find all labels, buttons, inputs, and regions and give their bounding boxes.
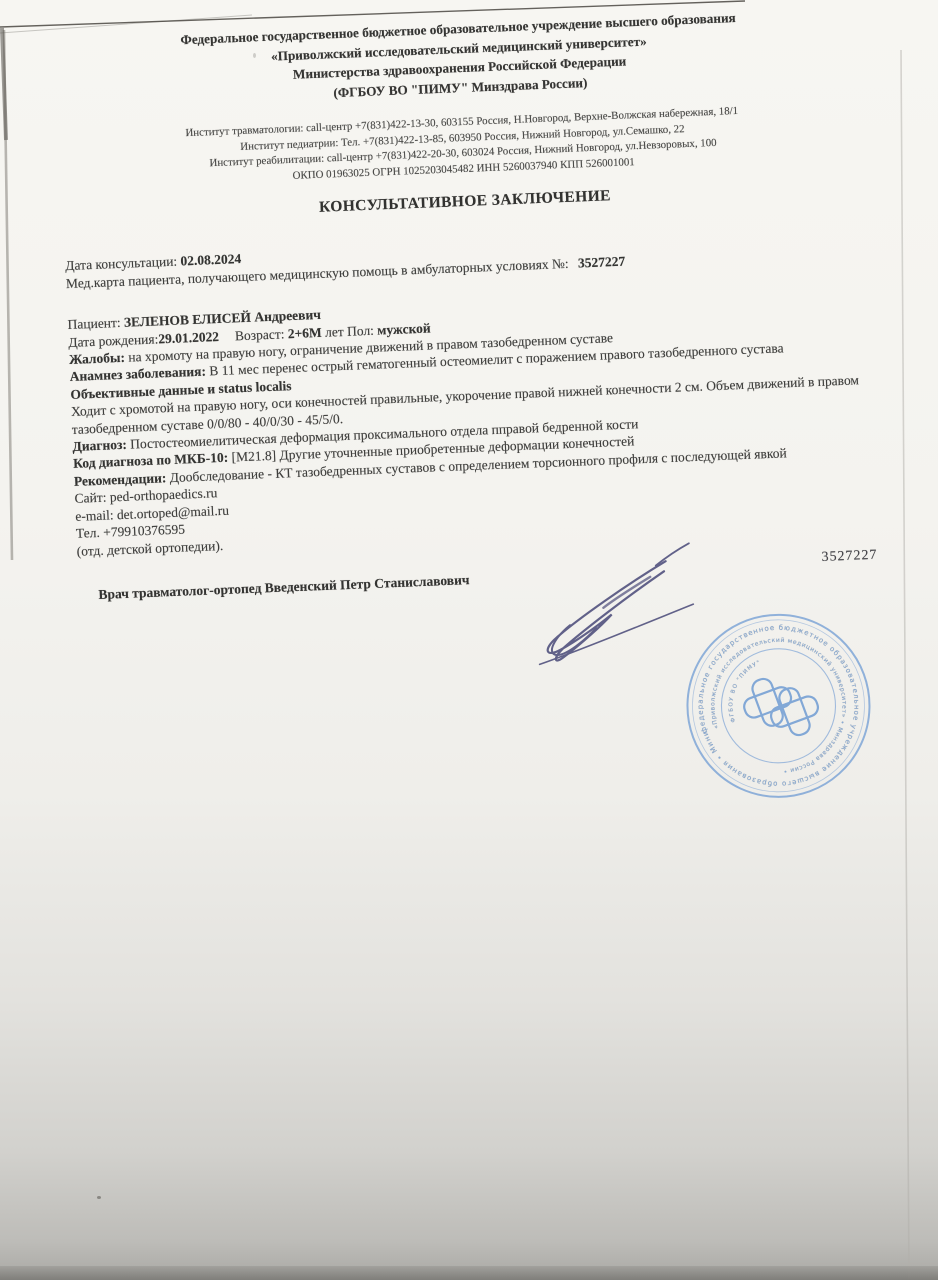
age-value: 2+6М bbox=[287, 324, 322, 340]
seal-graphic: федеральное государственное бюджетное об… bbox=[680, 607, 877, 804]
patient-label: Пациент: bbox=[67, 315, 124, 332]
dust-speck bbox=[97, 1196, 101, 1199]
recommendations-label: Рекомендации: bbox=[74, 470, 167, 489]
official-round-seal: федеральное государственное бюджетное об… bbox=[680, 607, 877, 804]
patient-and-findings: Пациент: ЗЕЛЕНОВ ЕЛИСЕЙ Андреевич Дата р… bbox=[49, 283, 898, 560]
consultation-info: Дата консультации: 02.08.2024 Мед.карта … bbox=[47, 225, 888, 293]
photo-bottom-shadow bbox=[0, 1266, 938, 1280]
doctor-signature-line: Врач травматолог-ортопед Введенский Петр… bbox=[60, 554, 900, 605]
complaints-label: Жалобы: bbox=[69, 350, 126, 367]
organization-header: Федеральное государственное бюджетное об… bbox=[38, 2, 880, 114]
seal-double-cross-logo bbox=[737, 664, 826, 750]
age-label: Возраст: bbox=[235, 326, 288, 343]
scanned-document-photo: Федеральное государственное бюджетное об… bbox=[0, 0, 938, 1280]
med-card-number: 3527227 bbox=[578, 253, 626, 270]
sex-value: мужской bbox=[377, 320, 431, 337]
sex-label: Пол: bbox=[347, 322, 378, 338]
dob-value: 29.01.2022 bbox=[158, 329, 219, 346]
document-number: 3527227 bbox=[821, 547, 878, 567]
diagnosis-label: Диагноз: bbox=[72, 437, 127, 454]
document-content: Федеральное государственное бюджетное об… bbox=[38, 2, 923, 1185]
institute-contacts: Институт травматологии: call-центр +7(83… bbox=[42, 98, 884, 194]
dob-label: Дата рождения: bbox=[68, 331, 159, 350]
age-units: лет bbox=[321, 323, 347, 339]
consultation-date-value: 02.08.2024 bbox=[180, 251, 241, 268]
